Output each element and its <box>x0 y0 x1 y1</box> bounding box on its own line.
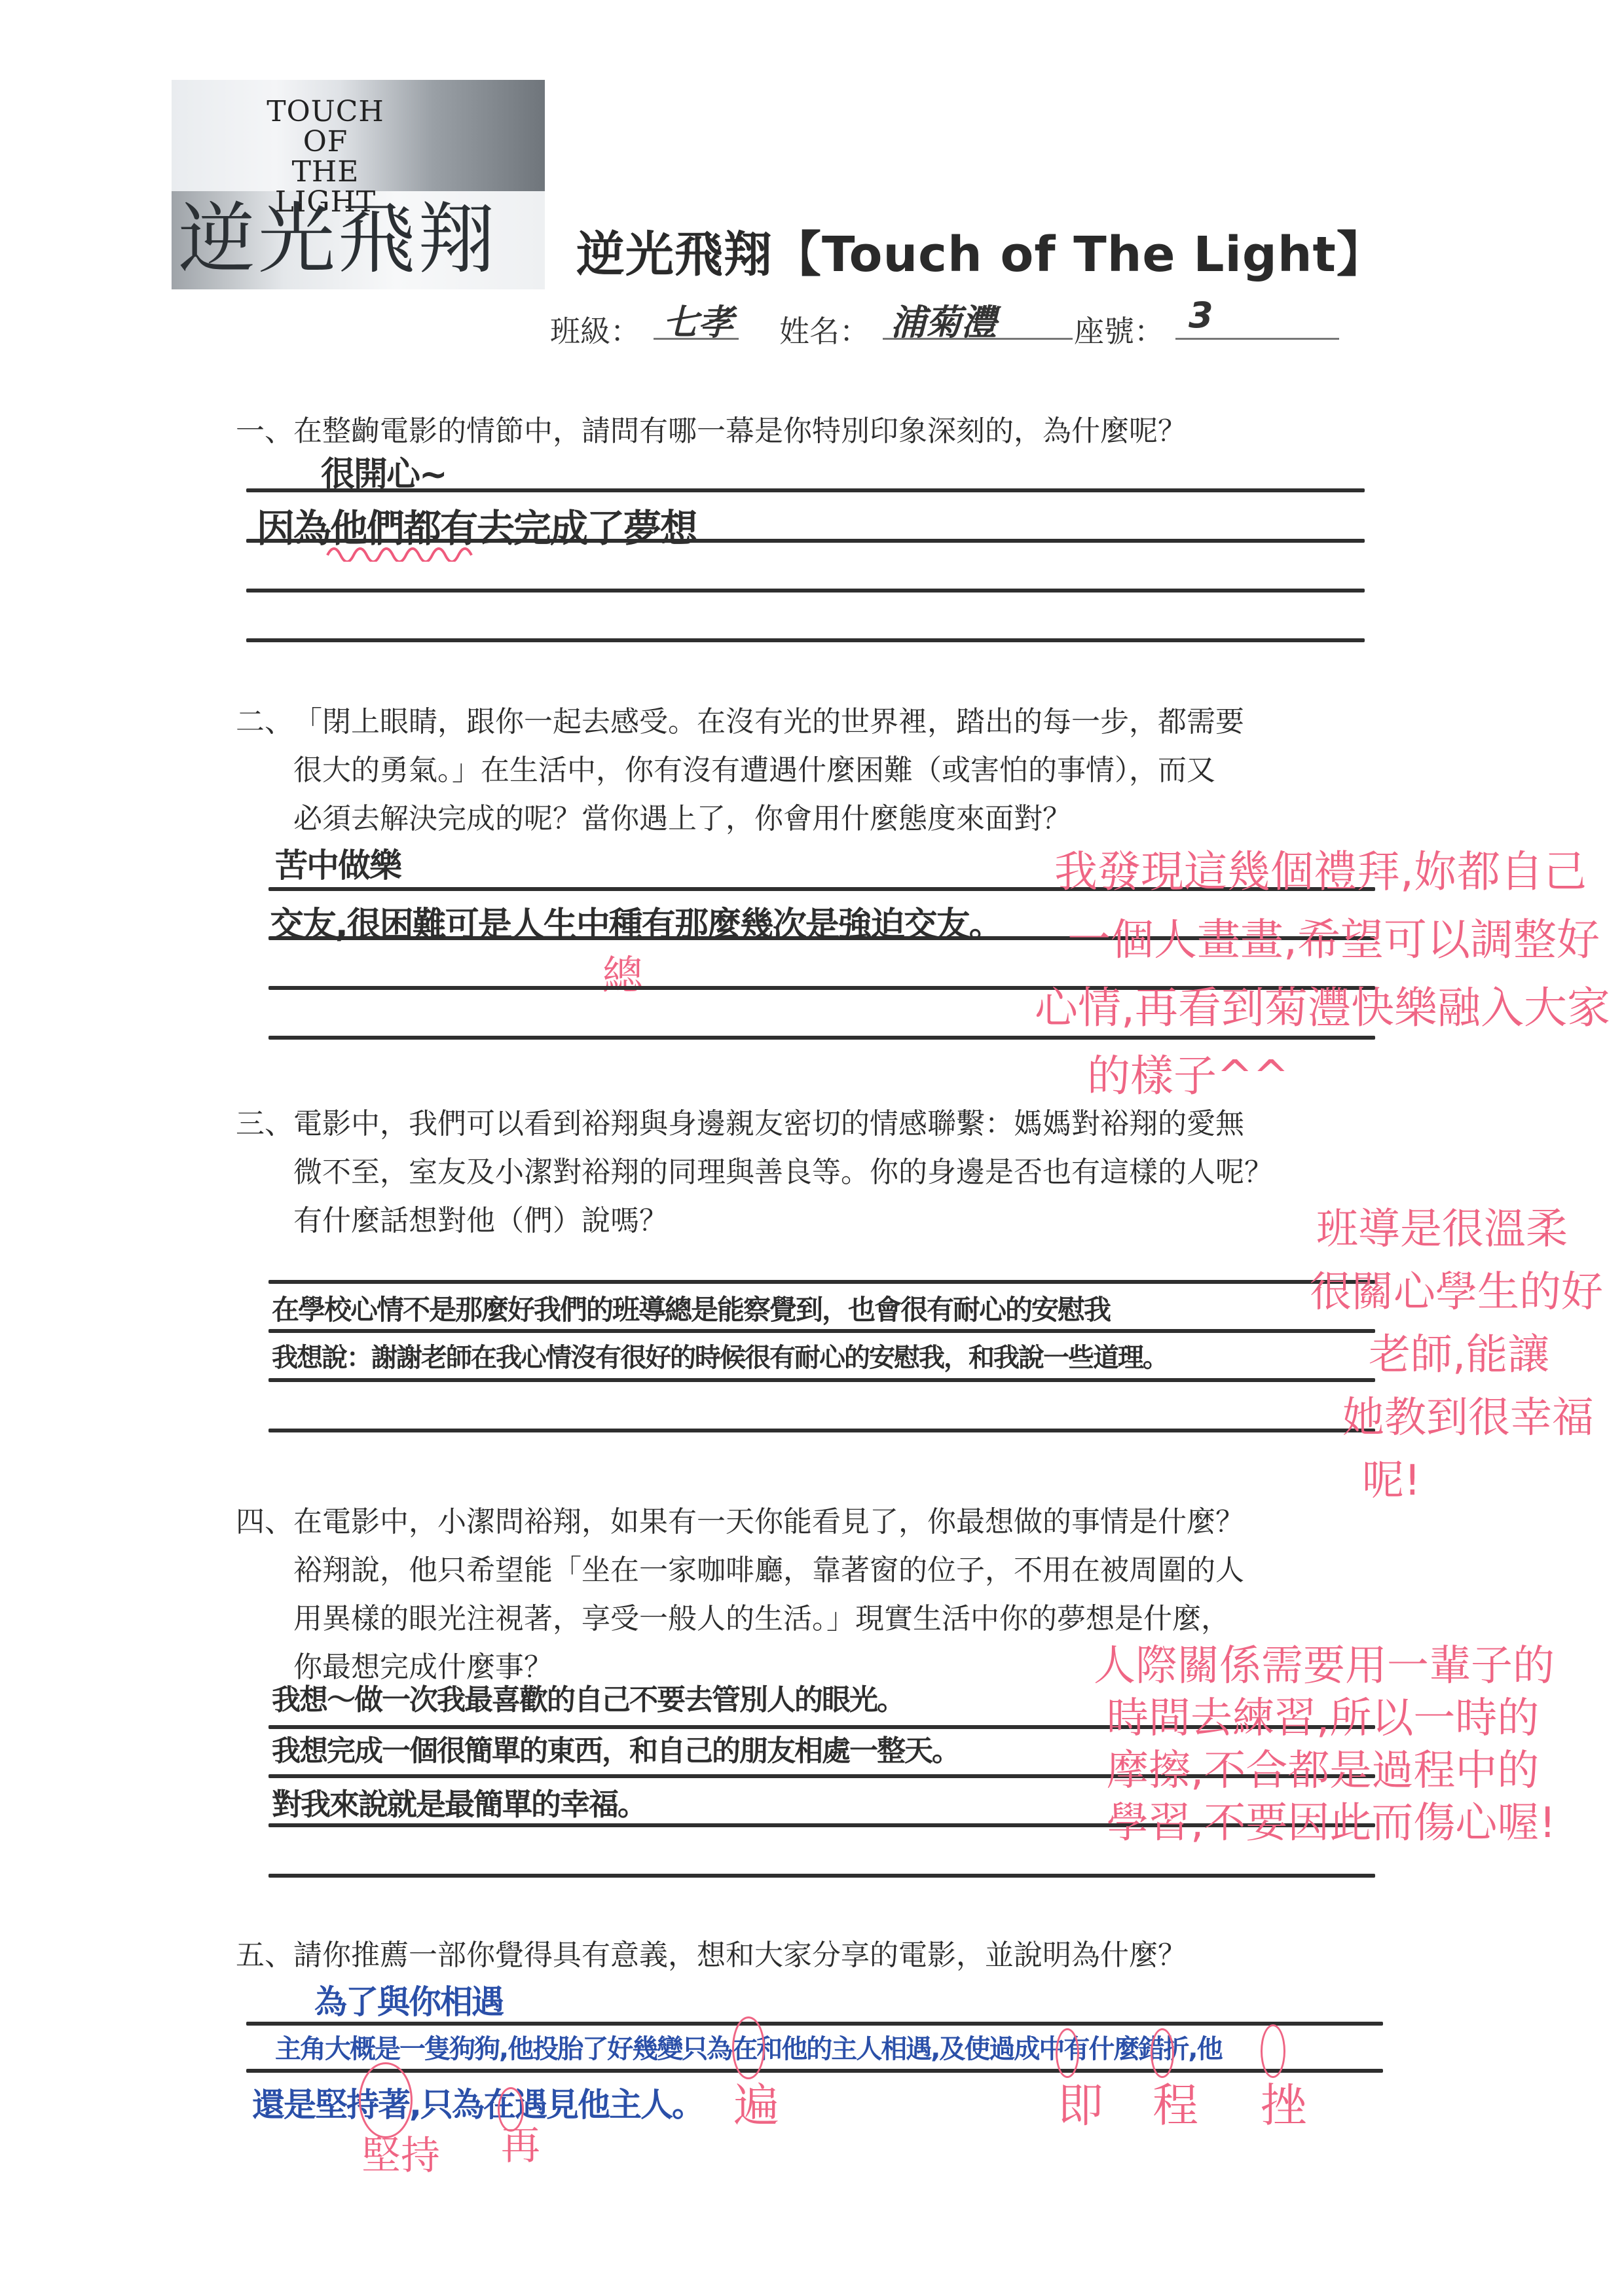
correction-circle <box>1151 2028 1174 2078</box>
movie-logo: TOUCH OF THE LIGHT 逆光飛翔 <box>172 80 545 289</box>
teacher-note-3: 班導是很溫柔 很關心學生的好 老師,能讓 她教到很幸福 呢! <box>1316 1198 1603 1512</box>
question-text-line-3: 用異樣的眼光注視著，享受一般人的生活。」現實生活中你的夢想是什麼， <box>236 1595 1244 1643</box>
answer-4-line-2: 我想完成一個很簡單的東西，和自己的朋友相處一整天。 <box>272 1727 959 1769</box>
question-number: 二、 <box>236 698 293 746</box>
seat-value: 3 <box>1189 295 1213 336</box>
question-text-line-1: 在電影中，小潔問裕翔，如果有一天你能看見了，你最想做的事情是什麼？ <box>293 1505 1244 1539</box>
wavy-underline-mark <box>326 542 470 554</box>
answer-rule <box>268 1429 1375 1432</box>
question-text: 請你推薦一部你覺得具有意義，想和大家分享的電影，並說明為什麼？ <box>293 1939 1187 1972</box>
question-5: 五、請你推薦一部你覺得具有意義，想和大家分享的電影，並說明為什麼？ <box>236 1931 1187 1980</box>
answer-rule <box>268 1874 1375 1878</box>
correction-cuo: 挫 <box>1261 2069 1306 2135</box>
question-text-line-2: 微不至，室友及小潔對裕翔的同理與善良等。你的身邊是否也有這樣的人呢？ <box>236 1148 1273 1197</box>
class-label: 班級： <box>550 308 640 351</box>
answer-4-line-3: 對我來說就是最簡單的幸福。 <box>272 1781 646 1824</box>
answer-rule <box>246 2022 1383 2026</box>
question-text-line-2: 裕翔說，他只希望能「坐在一家咖啡廳，靠著窗的位子，不用在被周圍的人 <box>236 1546 1244 1595</box>
class-value: 七孝 <box>663 295 733 345</box>
question-text-line-3: 必須去解決完成的呢？當你遇上了，你會用什麼態度來面對？ <box>236 795 1244 843</box>
question-text-line-3: 有什麼話想對他（們）說嗎？ <box>236 1197 1273 1245</box>
answer-rule <box>246 539 1365 543</box>
answer-1-line-2: 因為他們都有去完成了夢想 <box>257 498 697 553</box>
correction-circle <box>359 2062 413 2138</box>
name-label: 姓名： <box>779 308 870 351</box>
correction-circle <box>1261 2024 1285 2078</box>
page-title: 逆光飛翔【Touch of The Light】 <box>576 216 1386 285</box>
name-value: 浦菊灃 <box>891 295 997 345</box>
answer-5-line-2: 還是堅持著,只為在遇見他主人。 <box>252 2079 703 2126</box>
teacher-note-2: 我發現這幾個禮拜,妳都自己 一個人畫畫,希望可以調整好 心情,再看到菊灃快樂融入… <box>1054 838 1610 1110</box>
correction-bian: 遍 <box>733 2069 779 2135</box>
inline-correction: 總 <box>602 943 643 1001</box>
answer-3-line-2: 我想說：謝謝老師在我心情沒有很好的時候很有耐心的安慰我，和我說一些道理。 <box>272 1337 1168 1374</box>
question-2: 二、「閉上眼睛，跟你一起去感受。在沒有光的世界裡，踏出的每一步，都需要 很大的勇… <box>236 698 1244 843</box>
answer-2-line-1: 苦中做樂 <box>275 839 401 886</box>
answer-rule <box>268 1280 1375 1284</box>
wavy-underline-icon <box>326 542 477 562</box>
answer-rule <box>268 1378 1375 1382</box>
question-number: 一、 <box>236 407 293 456</box>
answer-4-line-1: 我想～做一次我最喜歡的自己不要去管別人的眼光。 <box>272 1676 904 1718</box>
seat-field[interactable] <box>1175 338 1339 340</box>
question-text-line-1: 「閉上眼睛，跟你一起去感受。在沒有光的世界裡，踏出的每一步，都需要 <box>293 705 1244 738</box>
answer-3-line-1: 在學校心情不是那麼好我們的班導總是能察覺到，也會很有耐心的安慰我 <box>272 1288 1110 1328</box>
correction-circle <box>498 2087 524 2132</box>
question-number: 五、 <box>236 1931 293 1980</box>
correction-circle <box>732 2016 765 2079</box>
correction-cheng: 程 <box>1153 2069 1198 2135</box>
answer-rule <box>268 1329 1375 1333</box>
correction-ji: 即 <box>1058 2069 1103 2135</box>
teacher-note-4: 人際關係需要用一輩子的 時間去練習,所以一時的 摩擦,不合都是過程中的 學習,不… <box>1094 1640 1556 1850</box>
logo-chinese-title: 逆光飛翔 <box>178 196 498 282</box>
question-number: 三、 <box>236 1100 293 1148</box>
answer-rule <box>246 638 1365 642</box>
question-number: 四、 <box>236 1498 293 1546</box>
correction-circle <box>1056 2028 1079 2078</box>
question-text-line-2: 很大的勇氣。」在生活中，你有沒有遭遇什麼困難（或害怕的事情），而又 <box>236 746 1244 795</box>
question-4: 四、在電影中，小潔問裕翔，如果有一天你能看見了，你最想做的事情是什麼？ 裕翔說，… <box>236 1498 1244 1692</box>
question-text-line-1: 電影中，我們可以看到裕翔與身邊親友密切的情感聯繫：媽媽對裕翔的愛無 <box>293 1107 1244 1140</box>
question-3: 三、電影中，我們可以看到裕翔與身邊親友密切的情感聯繫：媽媽對裕翔的愛無 微不至，… <box>236 1100 1273 1245</box>
answer-rule <box>246 589 1365 592</box>
seat-label: 座號： <box>1074 308 1164 351</box>
answer-rule <box>246 488 1365 492</box>
recommended-movie-title: 為了與你相遇 <box>314 1976 503 2023</box>
answer-rule <box>246 2069 1383 2073</box>
question-text: 在整齣電影的情節中，請問有哪一幕是你特別印象深刻的，為什麼呢？ <box>293 414 1187 448</box>
